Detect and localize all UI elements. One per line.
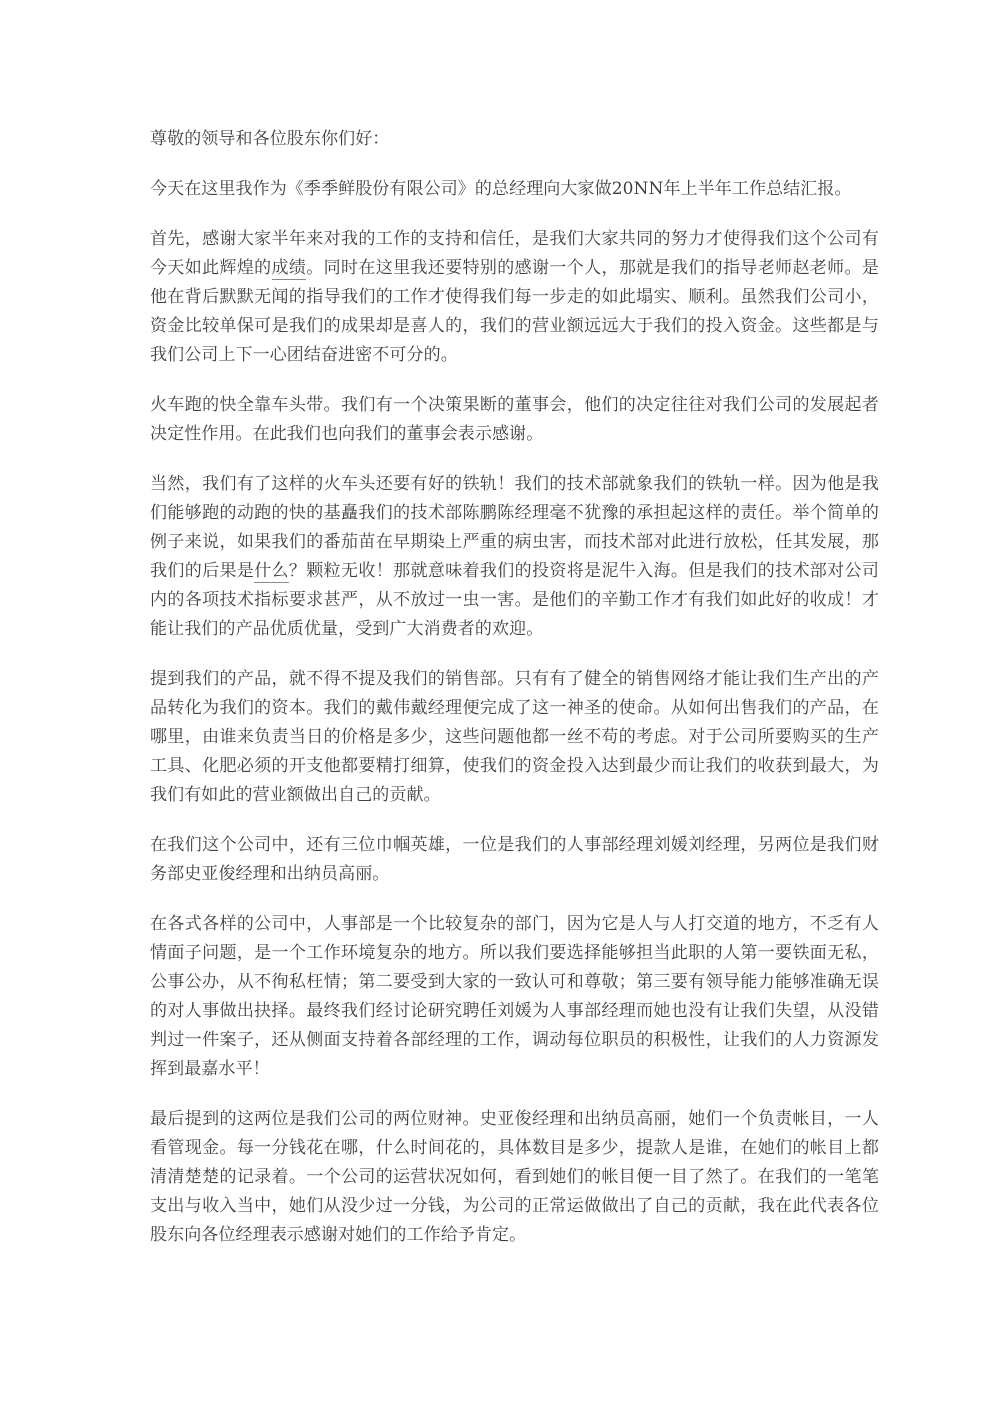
text-run: 火车跑的快全靠车头带。我们有一个决策果断的董事会，他们的决定往往对我们公司的发展… — [150, 395, 879, 444]
text-run: 在各式各样的公司中，人事部是一个比较复杂的部门，因为它是人与人打交道的地方，不乏… — [150, 914, 879, 1079]
document-page: 尊敬的领导和各位股东你们好：今天在这里我作为《季季鲜股份有限公司》的总经理向大家… — [0, 0, 1000, 1415]
underlined-text: 什么 — [254, 561, 289, 583]
text-run: 今天在这里我作为《季季鲜股份有限公司》的总经理向大家做20NN年上半年工作总结汇… — [150, 179, 852, 199]
paragraph: 提到我们的产品，就不得不提及我们的销售部。只有有了健全的销售网络才能让我们生产出… — [150, 665, 879, 810]
paragraph: 尊敬的领导和各位股东你们好： — [150, 125, 879, 154]
text-run: 在我们这个公司中，还有三位巾帼英雄，一位是我们的人事部经理刘媛刘经理，另两位是我… — [150, 835, 879, 884]
text-run: 提到我们的产品，就不得不提及我们的销售部。只有有了健全的销售网络才能让我们生产出… — [150, 669, 879, 805]
text-run: 尊敬的领导和各位股东你们好： — [150, 129, 389, 149]
paragraph: 今天在这里我作为《季季鲜股份有限公司》的总经理向大家做20NN年上半年工作总结汇… — [150, 175, 879, 204]
underlined-text: 成绩 — [272, 258, 307, 280]
paragraph: 火车跑的快全靠车头带。我们有一个决策果断的董事会，他们的决定往往对我们公司的发展… — [150, 391, 879, 449]
paragraph: 最后提到的这两位是我们公司的两位财神。史亚俊经理和出纳员高丽，她们一个负责帐目，… — [150, 1105, 879, 1250]
paragraph: 首先，感谢大家半年来对我的工作的支持和信任，是我们大家共同的努力才使得我们这个公… — [150, 225, 879, 370]
document-body: 尊敬的领导和各位股东你们好：今天在这里我作为《季季鲜股份有限公司》的总经理向大家… — [150, 125, 879, 1271]
paragraph: 在各式各样的公司中，人事部是一个比较复杂的部门，因为它是人与人打交道的地方，不乏… — [150, 910, 879, 1084]
paragraph: 在我们这个公司中，还有三位巾帼英雄，一位是我们的人事部经理刘媛刘经理，另两位是我… — [150, 831, 879, 889]
text-run: 最后提到的这两位是我们公司的两位财神。史亚俊经理和出纳员高丽，她们一个负责帐目，… — [150, 1109, 879, 1245]
paragraph: 当然，我们有了这样的火车头还要有好的铁轨！我们的技术部就象我们的铁轨一样。因为他… — [150, 470, 879, 644]
